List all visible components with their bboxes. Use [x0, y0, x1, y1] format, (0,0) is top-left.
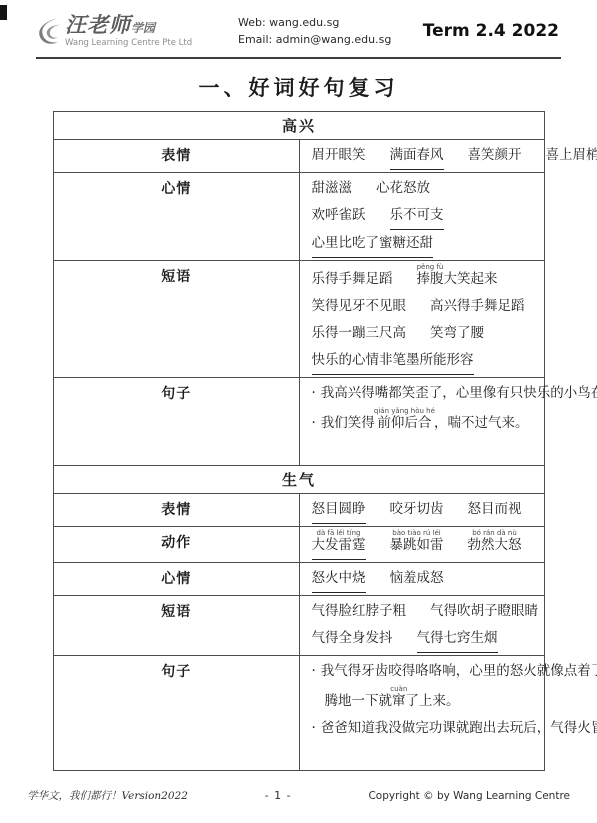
- web-address: Web: wang.edu.sg: [238, 14, 423, 31]
- phrase: 气得脸红脖子粗: [312, 598, 407, 625]
- bullet-dot: ·: [312, 720, 316, 736]
- pinyin-ruby: 前仰后合qián yǎng hòu hé: [375, 415, 434, 431]
- phrase: 甜滋滋: [312, 175, 353, 202]
- pinyin-ruby: 窜cuàn: [392, 693, 406, 709]
- phrase: 大发雷霆dà fā léi tíng: [312, 529, 366, 560]
- page-header: 汪老师学园 Wang Learning Centre Pte Ltd Web: …: [0, 0, 597, 52]
- phrase: 高兴得手舞足蹈: [430, 293, 525, 320]
- phrase: 眉开眼笑: [312, 142, 366, 169]
- section-header: 高兴: [54, 112, 545, 140]
- pinyin-ruby: 捧腹pěng fù: [417, 271, 444, 287]
- phrase: 咬牙切齿: [390, 496, 444, 523]
- page-title: 一、好词好句复习: [0, 72, 597, 102]
- row-content: 眉开眼笑满面春风喜笑颜开喜上眉梢: [299, 140, 545, 173]
- phrase: 气得全身发抖: [312, 625, 393, 652]
- phrase: 捧腹pěng fù大笑起来: [417, 263, 498, 293]
- text-line: 乐得一蹦三尺高笑弯了腰: [312, 320, 539, 347]
- logo-text: 汪老师学园 Wang Learning Centre Pte Ltd: [65, 15, 192, 48]
- logo-swoosh-icon: [38, 16, 62, 46]
- brand-name: 汪老师: [65, 13, 131, 37]
- table-row: 心情甜滋滋心花怒放欢呼雀跃乐不可支心里比吃了蜜糖还甜: [54, 173, 545, 261]
- phrase: 气得七窍生烟: [417, 625, 498, 653]
- pinyin: qián yǎng hòu hé: [374, 407, 435, 415]
- bullet-dot: ·: [312, 385, 316, 401]
- phrase: 乐不可支: [390, 202, 444, 230]
- brand-row: 汪老师学园: [65, 15, 192, 36]
- pinyin-ruby: 大发雷霆dà fā léi tíng: [312, 537, 366, 553]
- phrase: 爸爸知道我没做完功课就跑出去玩后，气得火冒三丈。: [321, 715, 597, 742]
- text-line: 眉开眼笑满面春风喜笑颜开喜上眉梢: [312, 142, 539, 170]
- bullet-dot: ·: [312, 415, 316, 431]
- phrase: 欢呼雀跃: [312, 202, 366, 229]
- row-content: 怒目圆睁咬牙切齿怒目而视: [299, 494, 545, 527]
- row-content: ·我气得牙齿咬得咯咯响，心里的怒火就像点着了的汽油，腾地一下就窜cuàn了上来。…: [299, 656, 545, 771]
- table-row: 短语气得脸红脖子粗气得吹胡子瞪眼睛气得全身发抖气得七窍生烟: [54, 596, 545, 656]
- text-line: ·爸爸知道我没做完功课就跑出去玩后，气得火冒三丈。: [312, 715, 539, 742]
- phrase: 满面春风: [390, 142, 444, 170]
- table-row: 句子·我高兴得嘴都笑歪了，心里像有只快乐的小鸟在唱歌。·我们笑得前仰后合qián…: [54, 378, 545, 466]
- row-label: 心情: [54, 563, 300, 596]
- review-table: 高兴表情眉开眼笑满面春风喜笑颜开喜上眉梢心情甜滋滋心花怒放欢呼雀跃乐不可支心里比…: [53, 111, 545, 771]
- text-line: 甜滋滋心花怒放: [312, 175, 539, 202]
- row-content: 甜滋滋心花怒放欢呼雀跃乐不可支心里比吃了蜜糖还甜: [299, 173, 545, 261]
- pinyin-ruby: 勃然大怒bó rán dà nù: [468, 537, 522, 553]
- phrase: 喜笑颜开: [468, 142, 522, 169]
- table-row: 句子·我气得牙齿咬得咯咯响，心里的怒火就像点着了的汽油，腾地一下就窜cuàn了上…: [54, 656, 545, 771]
- table-row: 动作大发雷霆dà fā léi tíng暴跳如雷bào tiào rú léi勃…: [54, 527, 545, 563]
- row-label: 心情: [54, 173, 300, 261]
- phrase: 快乐的心情非笔墨所能形容: [312, 347, 474, 375]
- phrase: 我们笑得前仰后合qián yǎng hòu hé，喘不过气来。: [321, 407, 529, 437]
- scan-artifact: [0, 5, 7, 20]
- table-row: 表情眉开眼笑满面春风喜笑颜开喜上眉梢: [54, 140, 545, 173]
- copyright: Copyright © by Wang Learning Centre: [368, 790, 570, 802]
- phrase: 暴跳如雷bào tiào rú léi: [390, 529, 444, 559]
- phrase: 心花怒放: [376, 175, 430, 202]
- brand-subtitle: Wang Learning Centre Pte Ltd: [65, 38, 192, 48]
- row-content: 怒火中烧恼羞成怒: [299, 563, 545, 596]
- phrase: 腾地一下就窜cuàn了上来。: [325, 685, 460, 715]
- section-header-row: 高兴: [54, 112, 545, 140]
- phrase: 笑得见牙不见眼: [312, 293, 407, 320]
- row-label: 句子: [54, 378, 300, 466]
- row-content: 大发雷霆dà fā léi tíng暴跳如雷bào tiào rú léi勃然大…: [299, 527, 545, 563]
- section-header: 生气: [54, 466, 545, 494]
- row-label: 句子: [54, 656, 300, 771]
- text-line: 怒火中烧恼羞成怒: [312, 565, 539, 593]
- text-line: 气得脸红脖子粗气得吹胡子瞪眼睛: [312, 598, 539, 625]
- phrase: 喜上眉梢: [546, 142, 597, 169]
- text-line: ·我气得牙齿咬得咯咯响，心里的怒火就像点着了的汽油，: [312, 658, 539, 685]
- text-line: 快乐的心情非笔墨所能形容: [312, 347, 539, 375]
- phrase: 怒目而视: [468, 496, 522, 523]
- row-label: 动作: [54, 527, 300, 563]
- row-content: 乐得手舞足蹈捧腹pěng fù大笑起来笑得见牙不见眼高兴得手舞足蹈乐得一蹦三尺高…: [299, 261, 545, 378]
- phrase: 恼羞成怒: [390, 565, 444, 592]
- phrase: 气得吹胡子瞪眼睛: [430, 598, 538, 625]
- phrase: 勃然大怒bó rán dà nù: [468, 529, 522, 559]
- table-row: 心情怒火中烧恼羞成怒: [54, 563, 545, 596]
- text-line: 欢呼雀跃乐不可支: [312, 202, 539, 230]
- text-line: 腾地一下就窜cuàn了上来。: [312, 685, 539, 715]
- phrase: 笑弯了腰: [430, 320, 484, 347]
- table-row: 表情怒目圆睁咬牙切齿怒目而视: [54, 494, 545, 527]
- text-line: 大发雷霆dà fā léi tíng暴跳如雷bào tiào rú léi勃然大…: [312, 529, 539, 560]
- row-label: 表情: [54, 494, 300, 527]
- phrase: 怒火中烧: [312, 565, 366, 593]
- page-number: - 1 -: [265, 789, 292, 802]
- row-content: 气得脸红脖子粗气得吹胡子瞪眼睛气得全身发抖气得七窍生烟: [299, 596, 545, 656]
- text-line: 怒目圆睁咬牙切齿怒目而视: [312, 496, 539, 524]
- phrase: 我气得牙齿咬得咯咯响，心里的怒火就像点着了的汽油，: [321, 658, 597, 685]
- phrase: 心里比吃了蜜糖还甜: [312, 230, 434, 258]
- section-header-row: 生气: [54, 466, 545, 494]
- header-divider: [36, 57, 561, 59]
- phrase: 乐得一蹦三尺高: [312, 320, 407, 347]
- table-row: 短语乐得手舞足蹈捧腹pěng fù大笑起来笑得见牙不见眼高兴得手舞足蹈乐得一蹦三…: [54, 261, 545, 378]
- email-address: Email: admin@wang.edu.sg: [238, 31, 423, 48]
- pinyin: pěng fù: [417, 263, 444, 271]
- logo: 汪老师学园 Wang Learning Centre Pte Ltd: [38, 15, 226, 48]
- page-footer: 学华文，我们都行！Version2022 - 1 - Copyright © b…: [27, 788, 570, 803]
- text-line: 笑得见牙不见眼高兴得手舞足蹈: [312, 293, 539, 320]
- pinyin: dà fā léi tíng: [312, 529, 366, 537]
- text-line: ·我高兴得嘴都笑歪了，心里像有只快乐的小鸟在唱歌。: [312, 380, 539, 407]
- row-label: 表情: [54, 140, 300, 173]
- footer-motto: 学华文，我们都行！Version2022: [27, 788, 188, 803]
- text-line: 气得全身发抖气得七窍生烟: [312, 625, 539, 653]
- bullet-dot: ·: [312, 663, 316, 679]
- phrase: 怒目圆睁: [312, 496, 366, 524]
- pinyin: cuàn: [390, 685, 407, 693]
- text-line: 心里比吃了蜜糖还甜: [312, 230, 539, 258]
- row-label: 短语: [54, 596, 300, 656]
- brand-suffix: 学园: [131, 21, 155, 35]
- phrase: 我高兴得嘴都笑歪了，心里像有只快乐的小鸟在唱歌。: [321, 380, 597, 407]
- row-label: 短语: [54, 261, 300, 378]
- worksheet-page: 汪老师学园 Wang Learning Centre Pte Ltd Web: …: [0, 0, 597, 823]
- text-line: 乐得手舞足蹈捧腹pěng fù大笑起来: [312, 263, 539, 293]
- text-line: ·我们笑得前仰后合qián yǎng hòu hé，喘不过气来。: [312, 407, 539, 437]
- pinyin-ruby: 暴跳如雷bào tiào rú léi: [390, 537, 444, 553]
- phrase: 乐得手舞足蹈: [312, 266, 393, 293]
- pinyin: bó rán dà nù: [468, 529, 522, 537]
- row-content: ·我高兴得嘴都笑歪了，心里像有只快乐的小鸟在唱歌。·我们笑得前仰后合qián y…: [299, 378, 545, 466]
- pinyin: bào tiào rú léi: [390, 529, 444, 537]
- term-label: Term 2.4 2022: [423, 21, 569, 41]
- contact-info: Web: wang.edu.sg Email: admin@wang.edu.s…: [226, 14, 423, 48]
